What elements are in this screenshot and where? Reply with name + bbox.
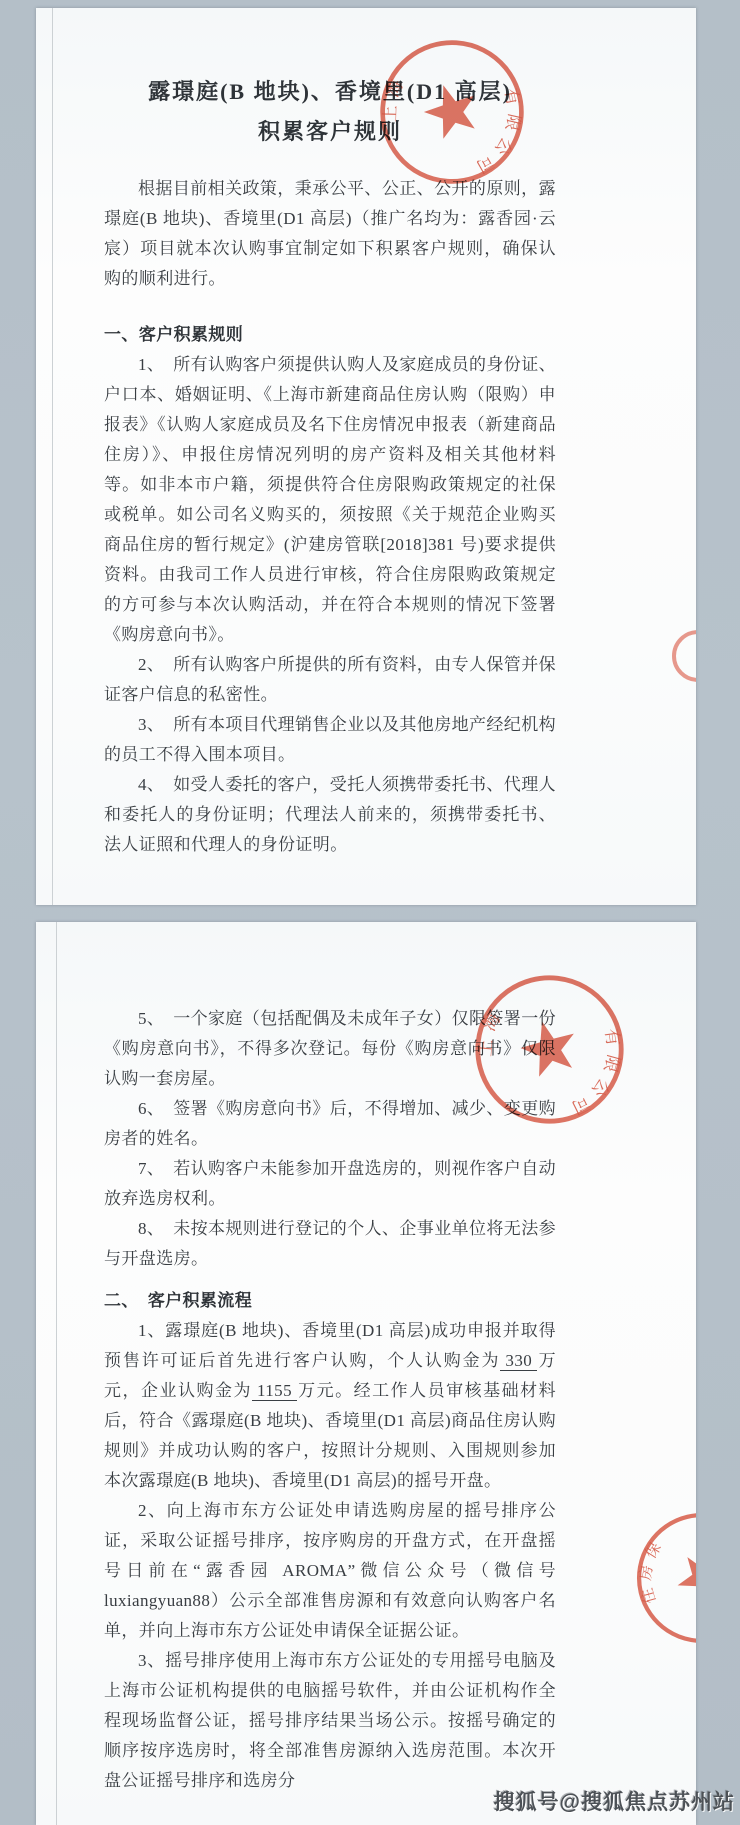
flow-item-2: 2、向上海市东方公证处申请选购房屋的摇号排序公证，采取公证摇号排序，按序购房的开…	[104, 1496, 556, 1646]
paper-edge-line	[52, 8, 53, 905]
title-line-2: 积累客户规则	[104, 112, 556, 152]
rule-item-7: 7、 若认购客户未能参加开盘选房的，则视作客户自动放弃选房权利。	[104, 1154, 556, 1214]
rule-item-1: 1、 所有认购客户须提供认购人及家庭成员的身份证、户口本、婚姻证明、《上海市新建…	[104, 350, 556, 650]
housing-seal-icon: 住房保 上海	[607, 1483, 696, 1672]
paper-edge-line	[56, 922, 57, 1825]
document-page-2: 5、 一个家庭（包括配偶及未成年子女）仅限签署一份《购房意向书》，不得多次登记。…	[36, 922, 696, 1825]
document-title: 露璟庭(B 地块)、香境里(D1 高层) 积累客户规则	[104, 72, 556, 152]
sohu-watermark: 搜狐号@搜狐焦点苏州站	[494, 1786, 735, 1816]
rule-item-2: 2、 所有认购客户所提供的所有资料，由专人保管并保证客户信息的私密性。	[104, 650, 556, 710]
personal-subscription-amount: 330	[500, 1351, 537, 1371]
enterprise-subscription-amount: 1155	[252, 1381, 297, 1401]
page-1-content: 露璟庭(B 地块)、香境里(D1 高层) 积累客户规则 根据目前相关政策，秉承公…	[104, 8, 556, 860]
partial-seal-edge-icon	[672, 630, 696, 682]
title-line-1: 露璟庭(B 地块)、香境里(D1 高层)	[104, 72, 556, 112]
rule-item-8: 8、 未按本规则进行登记的个人、企事业单位将无法参与开盘选房。	[104, 1214, 556, 1274]
photo-canvas: 露璟庭(B 地块)、香境里(D1 高层) 积累客户规则 根据目前相关政策，秉承公…	[0, 0, 740, 1825]
flow-item-1: 1、露璟庭(B 地块)、香境里(D1 高层)成功申报并取得预售许可证后首先进行客…	[104, 1316, 556, 1496]
document-page-1: 露璟庭(B 地块)、香境里(D1 高层) 积累客户规则 根据目前相关政策，秉承公…	[36, 8, 696, 905]
rule-item-4: 4、 如受人委托的客户，受托人须携带委托书、代理人和委托人的身份证明；代理法人前…	[104, 770, 556, 860]
section-2-heading: 二、 客户积累流程	[104, 1286, 556, 1316]
seal-star-icon	[668, 1543, 696, 1609]
svg-text:住房保 上海: 住房保 上海	[613, 1488, 696, 1662]
page-2-content: 5、 一个家庭（包括配偶及未成年子女）仅限签署一份《购房意向书》，不得多次登记。…	[104, 1004, 556, 1796]
flow-1-text-pre: 1、露璟庭(B 地块)、香境里(D1 高层)成功申报并取得预售许可证后首先进行客…	[104, 1321, 556, 1370]
rule-item-3: 3、 所有本项目代理销售企业以及其他房地产经纪机构的员工不得入围本项目。	[104, 710, 556, 770]
rule-item-6: 6、 签署《购房意向书》后，不得增加、减少、变更购房者的姓名。	[104, 1094, 556, 1154]
section-1-heading: 一、客户积累规则	[104, 320, 556, 350]
intro-paragraph: 根据目前相关政策，秉承公平、公正、公开的原则，露璟庭(B 地块)、香境里(D1 …	[104, 174, 556, 294]
flow-item-3: 3、摇号排序使用上海市东方公证处的专用摇号电脑及上海市公证机构提供的电脑摇号软件…	[104, 1646, 556, 1796]
rule-item-5: 5、 一个家庭（包括配偶及未成年子女）仅限签署一份《购房意向书》，不得多次登记。…	[104, 1004, 556, 1094]
